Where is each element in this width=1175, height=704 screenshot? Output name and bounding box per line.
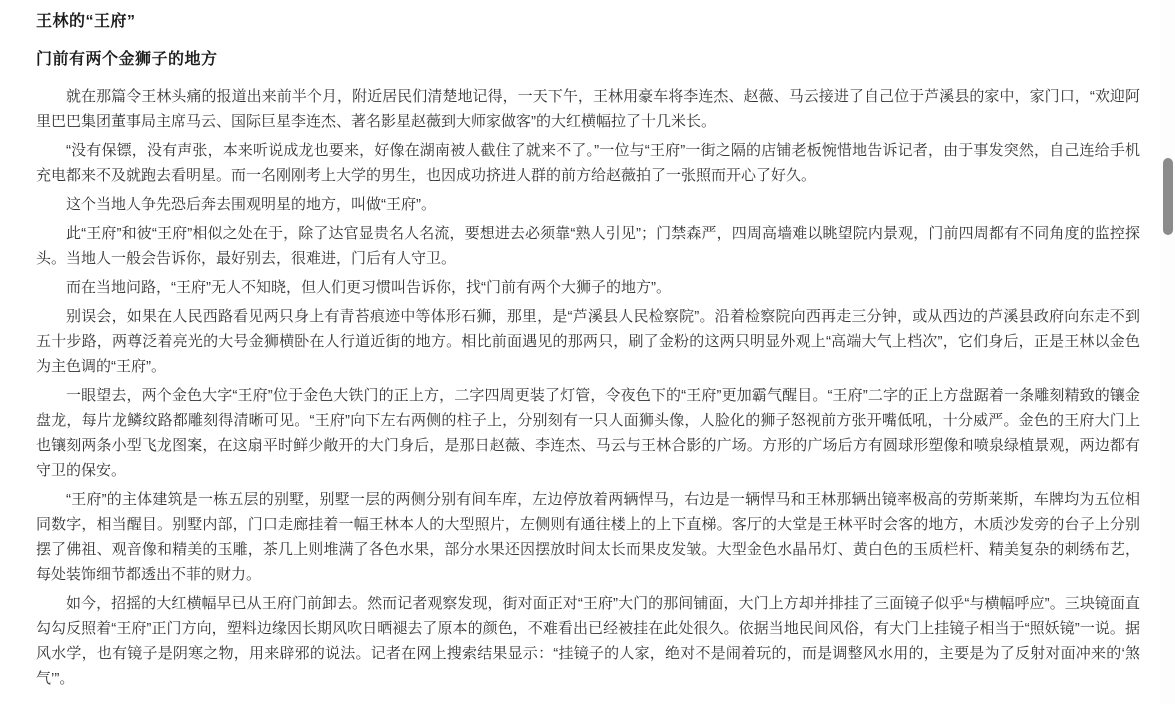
scrollbar-track[interactable] — [1160, 0, 1175, 704]
paragraph-2: “没有保镖，没有声张，本来听说成龙也要来，好像在湖南被人截住了就来不了。”一位与… — [36, 138, 1140, 188]
paragraph-4: 此“王府”和彼“王府”相似之处在于，除了达官显贵名人名流，要想进去必须靠“熟人引… — [36, 221, 1140, 271]
paragraph-9: 如今，招摇的大红横幅早已从王府门前卸去。然而记者观察发现，街对面正对“王府”大门… — [36, 591, 1140, 691]
paragraph-1: 就在那篇令王林头痛的报道出来前半个月，附近居民们清楚地记得，一天下午，王林用豪车… — [36, 84, 1140, 134]
article-body: 就在那篇令王林头痛的报道出来前半个月，附近居民们清楚地记得，一天下午，王林用豪车… — [36, 84, 1140, 691]
paragraph-3: 这个当地人争先恐后奔去围观明星的地方，叫做“王府”。 — [36, 192, 1140, 217]
paragraph-6: 别误会，如果在人民西路看见两只身上有青苔痕迹中等体形石狮，那里，是“芦溪县人民检… — [36, 304, 1140, 379]
paragraph-5: 而在当地问路，“王府”无人不知晓，但人们更习惯叫告诉你，找“门前有两个大狮子的地… — [36, 275, 1140, 300]
paragraph-8: “王府”的主体建筑是一栋五层的别墅，别墅一层的两侧分别有间车库，左边停放着两辆悍… — [36, 487, 1140, 587]
article-subtitle: 门前有两个金狮子的地方 — [36, 50, 1140, 70]
article-page: 王林的“王府” 门前有两个金狮子的地方 就在那篇令王林头痛的报道出来前半个月，附… — [0, 0, 1175, 704]
paragraph-7: 一眼望去，两个金色大字“王府”位于金色大铁门的正上方，二字四周更装了灯管，令夜色… — [36, 383, 1140, 483]
article-title: 王林的“王府” — [36, 12, 1140, 32]
scrollbar-thumb[interactable] — [1163, 158, 1173, 235]
article-content: 王林的“王府” 门前有两个金狮子的地方 就在那篇令王林头痛的报道出来前半个月，附… — [36, 6, 1140, 695]
